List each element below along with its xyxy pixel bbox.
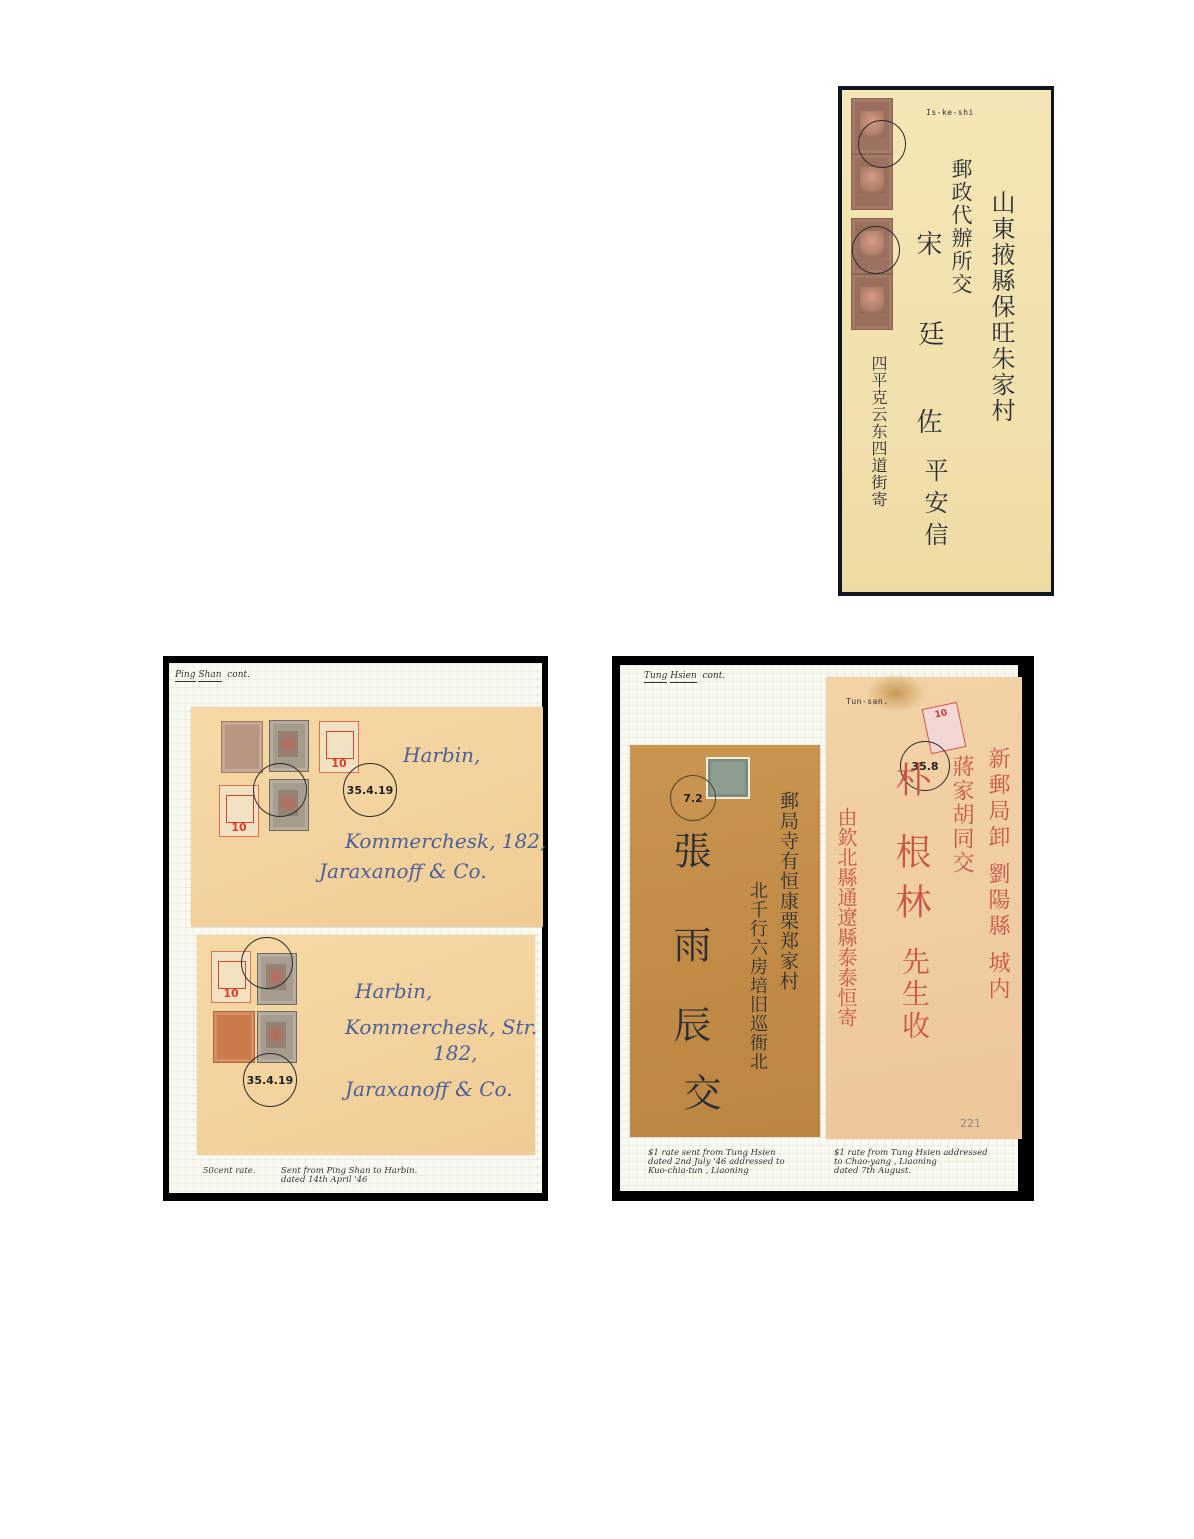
postmark xyxy=(253,763,307,817)
recipient-char: 根 xyxy=(892,833,928,871)
envelope-brown: 7.2 郵局寺有恒康栗郑家村 北千行六房培旧巡衙北 張 雨 辰 交 xyxy=(630,745,820,1137)
heading-place-2: Shan xyxy=(198,670,221,682)
stamp-value: 10 xyxy=(212,987,250,1000)
stamp-value: 10 xyxy=(220,821,258,834)
address-recipient: Jaraxanoff & Co. xyxy=(345,1077,513,1101)
stamp xyxy=(851,274,893,330)
address-street: Kommerchesk, Str. xyxy=(345,1015,537,1039)
address-line-2: 郵政代辦所交 xyxy=(950,158,971,296)
album-page-ping-shan: Ping Shan cont. 10 10 35.4.19 Harbin, Ko… xyxy=(163,656,548,1201)
postmark: 35.4.19 xyxy=(243,1053,297,1107)
address-line-2: 蔣家胡同交 xyxy=(950,755,972,875)
recipient-char: 廷 xyxy=(916,320,942,348)
heading-place-1: Tung xyxy=(644,671,667,683)
recipient-char: 佐 xyxy=(914,408,940,436)
album-page-tung-hsien: Tung Hsien cont. 7.2 郵局寺有恒康栗郑家村 北千行六房培旧巡… xyxy=(612,656,1034,1201)
address-line-1: 新郵局卸 劉陽縣 城内 xyxy=(986,747,1008,1003)
heading-suffix: cont. xyxy=(227,670,250,680)
envelope-vertical: Is-ke-shi 山東掖縣保旺朱家村 郵政代辦所交 宋 廷 佐 平安信 四平克… xyxy=(842,90,1051,592)
typed-place-label: Is-ke-shi xyxy=(926,108,974,117)
postmark xyxy=(241,937,293,989)
stamp-overprint xyxy=(326,731,354,759)
sender-address: 由欽北縣通遼縣泰泰恒寄 xyxy=(836,807,856,1027)
heading-place-1: Ping xyxy=(175,670,196,682)
envelope-2: 10 35.4.19 Harbin, Kommerchesk, Str. 182… xyxy=(197,935,535,1155)
address-city: Harbin, xyxy=(403,743,480,767)
postmark xyxy=(852,226,900,274)
recipient-char: 交 xyxy=(680,1073,718,1113)
caption-rate: 50cent rate. xyxy=(203,1167,255,1176)
pencil-note: 221 xyxy=(960,1117,981,1130)
address-street: Kommerchesk, 182, xyxy=(345,829,546,853)
stain xyxy=(866,673,926,713)
postmark: 35.4.19 xyxy=(343,763,397,817)
recipient-char: 辰 xyxy=(670,1005,708,1045)
recipient-char: 雨 xyxy=(670,925,708,965)
cover-top-right: Is-ke-shi 山東掖縣保旺朱家村 郵政代辦所交 宋 廷 佐 平安信 四平克… xyxy=(838,86,1054,596)
recipient-char: 林 xyxy=(892,883,928,921)
envelope-red-ink: Tun-san. 10 35.8 新郵局卸 劉陽縣 城内 蔣家胡同交 朴 根 林… xyxy=(826,677,1022,1139)
recipient-char: 張 xyxy=(670,831,708,871)
greeting: 平安信 xyxy=(922,458,946,554)
envelope-1: 10 10 35.4.19 Harbin, Kommerchesk, 182, … xyxy=(191,707,543,927)
address-recipient: Jaraxanoff & Co. xyxy=(319,859,487,883)
recipient-title: 先生收 xyxy=(900,947,928,1043)
stamp xyxy=(221,721,263,773)
typed-place-label: Tun-san. xyxy=(846,697,889,706)
caption-description: Sent from Ping Shan to Harbin. dated 14t… xyxy=(281,1167,417,1185)
stamp-value: 10 xyxy=(923,706,958,723)
page-heading: Ping Shan cont. xyxy=(175,670,250,680)
album-sheet: Tung Hsien cont. 7.2 郵局寺有恒康栗郑家村 北千行六房培旧巡… xyxy=(620,665,1018,1191)
recipient-char: 宋 xyxy=(914,230,940,258)
caption-right: $1 rate from Tung Hsien addressed to Cha… xyxy=(834,1149,988,1176)
heading-suffix: cont. xyxy=(702,671,725,681)
address-number: 182, xyxy=(433,1041,478,1065)
address-line-2: 北千行六房培旧巡衙北 xyxy=(748,881,766,1071)
address-line-1: 郵局寺有恒康栗郑家村 xyxy=(778,791,797,991)
postmark xyxy=(858,120,906,168)
recipient-char: 朴 xyxy=(892,761,928,799)
album-sheet: Ping Shan cont. 10 10 35.4.19 Harbin, Ko… xyxy=(169,663,542,1193)
address-city: Harbin, xyxy=(355,979,432,1003)
stamp: 10 xyxy=(319,721,359,773)
sender-address: 四平克云东四道街寄 xyxy=(870,355,886,508)
stamp-overprint xyxy=(226,795,254,823)
stamp xyxy=(213,1011,255,1063)
caption-left: $1 rate sent from Tung Hsien dated 2nd J… xyxy=(648,1149,785,1176)
heading-place-2: Hsien xyxy=(670,671,696,683)
page-heading: Tung Hsien cont. xyxy=(644,671,725,681)
address-line-1: 山東掖縣保旺朱家村 xyxy=(989,190,1013,424)
postmark: 7.2 xyxy=(670,775,716,821)
